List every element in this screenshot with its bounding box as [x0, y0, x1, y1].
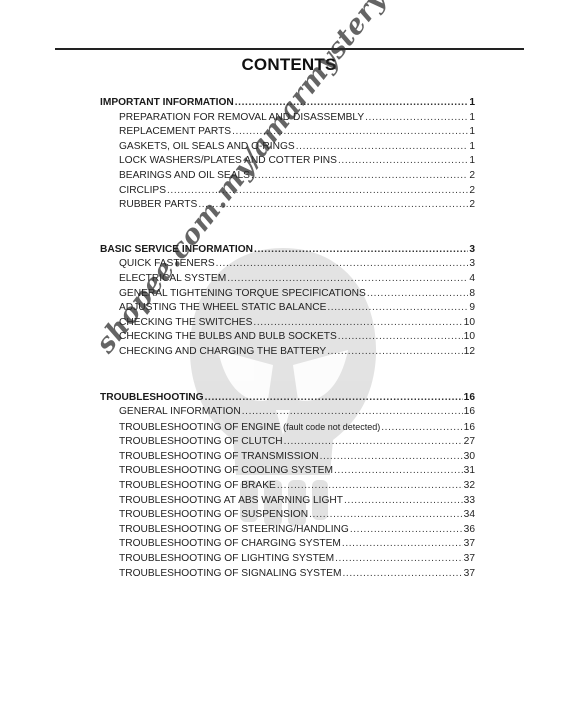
- toc-entry[interactable]: TROUBLESHOOTING OF ENGINE (fault code no…: [100, 420, 475, 436]
- toc-entry[interactable]: ELECTRICAL SYSTEM4: [100, 272, 475, 287]
- toc-entry-title: TROUBLESHOOTING AT ABS WARNING LIGHT: [119, 495, 343, 506]
- toc-section: BASIC SERVICE INFORMATION3QUICK FASTENER…: [100, 243, 475, 360]
- toc-entry-label: TROUBLESHOOTING OF CHARGING SYSTEM: [119, 537, 342, 552]
- dot-leader: [338, 330, 463, 345]
- toc-section: IMPORTANT INFORMATION1PREPARATION FOR RE…: [100, 96, 475, 213]
- dot-leader: [365, 111, 468, 126]
- toc-page-number: 12: [463, 345, 475, 360]
- toc-entry-title: GASKETS, OIL SEALS AND O-RINGS: [119, 141, 295, 152]
- table-of-contents: IMPORTANT INFORMATION1PREPARATION FOR RE…: [100, 96, 475, 611]
- toc-section-heading[interactable]: IMPORTANT INFORMATION1: [100, 96, 475, 111]
- toc-section-heading[interactable]: BASIC SERVICE INFORMATION3: [100, 243, 475, 258]
- dot-leader: [367, 287, 469, 302]
- toc-entry[interactable]: LOCK WASHERS/PLATES AND COTTER PINS1: [100, 154, 475, 169]
- toc-entry-note: (fault code not detected): [283, 422, 380, 432]
- toc-page-number: 16: [463, 421, 475, 436]
- toc-entry-title: TROUBLESHOOTING OF COOLING SYSTEM: [119, 465, 333, 476]
- toc-entry[interactable]: ADJUSTING THE WHEEL STATIC BALANCE9: [100, 301, 475, 316]
- toc-page-number: 2: [468, 184, 475, 199]
- toc-entry-label: TROUBLESHOOTING OF SIGNALING SYSTEM: [119, 567, 342, 582]
- toc-page-number: 8: [468, 287, 475, 302]
- toc-entry-title: TROUBLESHOOTING OF CHARGING SYSTEM: [119, 538, 341, 549]
- dot-leader: [232, 125, 468, 140]
- toc-entry-title: TROUBLESHOOTING: [100, 392, 204, 403]
- dot-leader: [284, 435, 463, 450]
- dot-leader: [227, 272, 468, 287]
- toc-entry-label: TROUBLESHOOTING OF COOLING SYSTEM: [119, 464, 334, 479]
- dot-leader: [342, 537, 463, 552]
- toc-entry-title: GENERAL TIGHTENING TORQUE SPECIFICATIONS: [119, 288, 366, 299]
- toc-entry-title: PREPARATION FOR REMOVAL AND DISASSEMBLY: [119, 112, 364, 123]
- toc-entry[interactable]: CIRCLIPS2: [100, 184, 475, 199]
- toc-page-number: 16: [463, 405, 475, 420]
- toc-entry-title: CIRCLIPS: [119, 185, 166, 196]
- toc-entry-title: BEARINGS AND OIL SEALS: [119, 170, 250, 181]
- toc-entry-label: TROUBLESHOOTING: [100, 391, 205, 406]
- toc-page-number: 3: [468, 257, 475, 272]
- toc-entry[interactable]: QUICK FASTENERS3: [100, 257, 475, 272]
- dot-leader: [381, 421, 462, 436]
- dot-leader: [338, 154, 468, 169]
- toc-entry-label: GENERAL INFORMATION: [119, 405, 242, 420]
- toc-entry-title: REPLACEMENT PARTS: [119, 126, 231, 137]
- toc-entry-label: TROUBLESHOOTING OF BRAKE: [119, 479, 277, 494]
- toc-entry-label: IMPORTANT INFORMATION: [100, 96, 235, 111]
- toc-entry[interactable]: RUBBER PARTS2: [100, 198, 475, 213]
- toc-entry-label: QUICK FASTENERS: [119, 257, 216, 272]
- toc-entry[interactable]: TROUBLESHOOTING OF SUSPENSION34: [100, 508, 475, 523]
- toc-entry[interactable]: GASKETS, OIL SEALS AND O-RINGS1: [100, 140, 475, 155]
- toc-entry[interactable]: BEARINGS AND OIL SEALS2: [100, 169, 475, 184]
- toc-entry-title: TROUBLESHOOTING OF SIGNALING SYSTEM: [119, 568, 341, 579]
- toc-entry[interactable]: TROUBLESHOOTING OF CLUTCH27: [100, 435, 475, 450]
- dot-leader: [296, 140, 469, 155]
- toc-page-number: 10: [463, 330, 475, 345]
- toc-page-number: 31: [463, 464, 475, 479]
- page-title: CONTENTS: [0, 55, 578, 75]
- toc-page-number: 1: [468, 154, 475, 169]
- toc-entry[interactable]: TROUBLESHOOTING OF LIGHTING SYSTEM37: [100, 552, 475, 567]
- toc-entry[interactable]: TROUBLESHOOTING OF TRANSMISSION30: [100, 450, 475, 465]
- toc-page-number: 1: [468, 96, 475, 111]
- toc-entry-label: REPLACEMENT PARTS: [119, 125, 232, 140]
- toc-entry-label: TROUBLESHOOTING OF STEERING/HANDLING: [119, 523, 350, 538]
- toc-entry-label: GENERAL TIGHTENING TORQUE SPECIFICATIONS: [119, 287, 367, 302]
- toc-entry[interactable]: GENERAL INFORMATION16: [100, 405, 475, 420]
- toc-entry-label: BASIC SERVICE INFORMATION: [100, 243, 254, 258]
- toc-entry-title: TROUBLESHOOTING OF SUSPENSION: [119, 509, 308, 520]
- toc-entry-title: CHECKING THE BULBS AND BULB SOCKETS: [119, 331, 337, 342]
- toc-entry[interactable]: TROUBLESHOOTING OF COOLING SYSTEM31: [100, 464, 475, 479]
- toc-entry-label: TROUBLESHOOTING OF ENGINE (fault code no…: [119, 420, 381, 436]
- toc-page-number: 4: [468, 272, 475, 287]
- toc-entry[interactable]: TROUBLESHOOTING OF CHARGING SYSTEM37: [100, 537, 475, 552]
- toc-entry-label: TROUBLESHOOTING OF SUSPENSION: [119, 508, 309, 523]
- dot-leader: [235, 96, 469, 111]
- toc-section-heading[interactable]: TROUBLESHOOTING16: [100, 391, 475, 406]
- toc-entry[interactable]: TROUBLESHOOTING OF SIGNALING SYSTEM37: [100, 567, 475, 582]
- dot-leader: [198, 198, 468, 213]
- toc-entry[interactable]: GENERAL TIGHTENING TORQUE SPECIFICATIONS…: [100, 287, 475, 302]
- toc-entry-label: GASKETS, OIL SEALS AND O-RINGS: [119, 140, 296, 155]
- toc-page-number: 32: [463, 479, 475, 494]
- toc-entry-title: LOCK WASHERS/PLATES AND COTTER PINS: [119, 155, 337, 166]
- toc-entry-label: LOCK WASHERS/PLATES AND COTTER PINS: [119, 154, 338, 169]
- toc-entry-title: CHECKING AND CHARGING THE BATTERY: [119, 346, 326, 357]
- toc-page-number: 3: [468, 243, 475, 258]
- toc-entry-title: TROUBLESHOOTING OF LIGHTING SYSTEM: [119, 553, 334, 564]
- toc-entry[interactable]: TROUBLESHOOTING OF BRAKE32: [100, 479, 475, 494]
- toc-entry-title: IMPORTANT INFORMATION: [100, 97, 234, 108]
- toc-entry-label: TROUBLESHOOTING AT ABS WARNING LIGHT: [119, 494, 344, 509]
- toc-page-number: 16: [463, 391, 475, 406]
- toc-entry-label: CHECKING AND CHARGING THE BATTERY: [119, 345, 327, 360]
- dot-leader: [254, 243, 468, 258]
- toc-entry-title: TROUBLESHOOTING OF TRANSMISSION: [119, 451, 319, 462]
- dot-leader: [251, 169, 468, 184]
- toc-page-number: 37: [463, 552, 475, 567]
- toc-entry-label: TROUBLESHOOTING OF LIGHTING SYSTEM: [119, 552, 335, 567]
- toc-entry-title: BASIC SERVICE INFORMATION: [100, 244, 253, 255]
- dot-leader: [205, 391, 463, 406]
- dot-leader: [277, 479, 463, 494]
- toc-entry-title: ADJUSTING THE WHEEL STATIC BALANCE: [119, 302, 326, 313]
- toc-page-number: 27: [463, 435, 475, 450]
- toc-entry-title: TROUBLESHOOTING OF ENGINE: [119, 422, 280, 433]
- toc-page-number: 33: [463, 494, 475, 509]
- toc-entry[interactable]: PREPARATION FOR REMOVAL AND DISASSEMBLY1: [100, 111, 475, 126]
- dot-leader: [335, 552, 463, 567]
- toc-entry-title: TROUBLESHOOTING OF CLUTCH: [119, 436, 283, 447]
- toc-page-number: 36: [463, 523, 475, 538]
- dot-leader: [320, 450, 463, 465]
- toc-entry[interactable]: TROUBLESHOOTING AT ABS WARNING LIGHT33: [100, 494, 475, 509]
- toc-page-number: 34: [463, 508, 475, 523]
- toc-page-number: 2: [468, 169, 475, 184]
- toc-entry[interactable]: CHECKING AND CHARGING THE BATTERY12: [100, 345, 475, 360]
- toc-entry-label: ADJUSTING THE WHEEL STATIC BALANCE: [119, 301, 327, 316]
- dot-leader: [253, 316, 462, 331]
- dot-leader: [327, 301, 468, 316]
- toc-page-number: 1: [468, 140, 475, 155]
- toc-page-number: 2: [468, 198, 475, 213]
- toc-entry-label: PREPARATION FOR REMOVAL AND DISASSEMBLY: [119, 111, 365, 126]
- toc-entry-label: RUBBER PARTS: [119, 198, 198, 213]
- dot-leader: [327, 345, 462, 360]
- toc-page-number: 1: [468, 125, 475, 140]
- toc-page-number: 30: [463, 450, 475, 465]
- toc-entry-title: CHECKING THE SWITCHES: [119, 317, 252, 328]
- toc-entry-label: CIRCLIPS: [119, 184, 167, 199]
- dot-leader: [344, 494, 463, 509]
- toc-entry[interactable]: CHECKING THE BULBS AND BULB SOCKETS10: [100, 330, 475, 345]
- toc-entry-label: TROUBLESHOOTING OF TRANSMISSION: [119, 450, 320, 465]
- dot-leader: [342, 567, 462, 582]
- toc-entry[interactable]: REPLACEMENT PARTS1: [100, 125, 475, 140]
- toc-entry-title: TROUBLESHOOTING OF BRAKE: [119, 480, 276, 491]
- toc-entry-label: ELECTRICAL SYSTEM: [119, 272, 227, 287]
- toc-entry-label: CHECKING THE SWITCHES: [119, 316, 253, 331]
- toc-entry-title: TROUBLESHOOTING OF STEERING/HANDLING: [119, 524, 349, 535]
- dot-leader: [350, 523, 463, 538]
- dot-leader: [242, 405, 463, 420]
- toc-entry-title: QUICK FASTENERS: [119, 258, 215, 269]
- toc-page-number: 1: [468, 111, 475, 126]
- toc-entry-title: ELECTRICAL SYSTEM: [119, 273, 226, 284]
- toc-entry-title: GENERAL INFORMATION: [119, 406, 241, 417]
- toc-entry-title: RUBBER PARTS: [119, 199, 197, 210]
- toc-entry[interactable]: TROUBLESHOOTING OF STEERING/HANDLING36: [100, 523, 475, 538]
- dot-leader: [216, 257, 469, 272]
- dot-leader: [309, 508, 463, 523]
- toc-section: TROUBLESHOOTING16GENERAL INFORMATION16TR…: [100, 391, 475, 582]
- toc-page-number: 9: [468, 301, 475, 316]
- toc-page-number: 37: [463, 567, 475, 582]
- toc-entry-label: BEARINGS AND OIL SEALS: [119, 169, 251, 184]
- top-rule: [55, 48, 524, 50]
- toc-page-number: 37: [463, 537, 475, 552]
- dot-leader: [167, 184, 468, 199]
- toc-entry-label: CHECKING THE BULBS AND BULB SOCKETS: [119, 330, 338, 345]
- dot-leader: [334, 464, 463, 479]
- toc-entry[interactable]: CHECKING THE SWITCHES10: [100, 316, 475, 331]
- toc-entry-label: TROUBLESHOOTING OF CLUTCH: [119, 435, 284, 450]
- toc-page-number: 10: [463, 316, 475, 331]
